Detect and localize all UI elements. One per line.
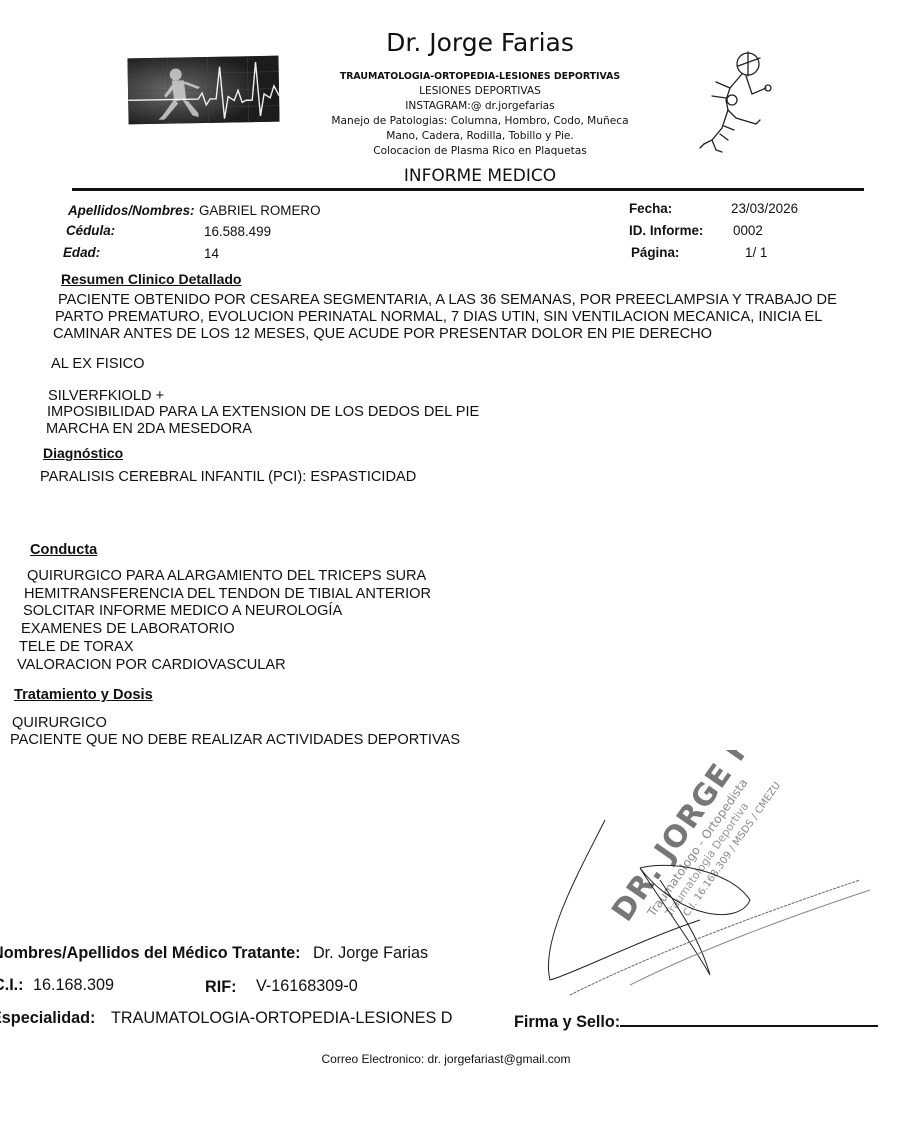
treatment-line-1: QUIRURGICO [12,715,107,733]
header-specialty-line: TRAUMATOLOGIA-ORTOPEDIA-LESIONES DEPORTI… [0,69,912,84]
summary-line-3: CAMINAR ANTES DE LOS 12 MESES, QUE ACUDE… [53,326,712,344]
report-page-value: 1/ 1 [745,245,767,260]
conduct-line-5: TELE DE TORAX [19,639,134,657]
patient-age-value: 14 [204,246,219,261]
document-title: INFORME MEDICO [0,166,912,186]
report-page-label: Página: [631,245,679,260]
header-subspecialty-line: LESIONES DEPORTIVAS [0,84,912,99]
doctor-name-heading: Dr. Jorge Farias [0,28,912,57]
report-date-label: Fecha: [629,201,672,216]
header-pathologies-line-1: Manejo de Patologias: Columna, Hombro, C… [0,114,912,129]
exam-line-1: SILVERFKIOLD + [48,388,164,406]
header-divider [72,188,864,191]
summary-line-2: PARTO PREMATURO, EVOLUCION PERINATAL NOR… [55,309,822,327]
physician-name-row: Nombres/Apellidos del Médico Tratante: D… [0,944,428,963]
header-prp-line: Colocacion de Plasma Rico en Plaquetas [0,144,912,159]
diagnosis-section-title: Diagnóstico [43,445,123,461]
patient-id-value: 16.588.499 [204,224,271,239]
header-instagram-line: INSTAGRAM:@ dr.jorgefarias [0,99,912,114]
physician-rif-label: RIF: [205,978,236,997]
patient-id-label: Cédula: [66,223,115,238]
treatment-line-2: PACIENTE QUE NO DEBE REALIZAR ACTIVIDADE… [10,732,460,750]
physician-ci-value: 16.168.309 [33,976,114,995]
physician-ci-label: C.I.: [0,976,24,995]
signature-line [620,1011,878,1027]
report-id-value: 0002 [733,223,763,238]
treatment-section-title: Tratamiento y Dosis [14,687,153,703]
header-pathologies-line-2: Mano, Cadera, Rodilla, Tobillo y Pie. [0,129,912,144]
conduct-line-2: HEMITRANSFERENCIA DEL TENDON DE TIBIAL A… [24,586,431,604]
conduct-line-6: VALORACION POR CARDIOVASCULAR [17,657,286,675]
physician-specialty-value: TRAUMATOLOGIA-ORTOPEDIA-LESIONES D [111,1009,453,1028]
physician-rif-value: V-16168309-0 [256,977,358,996]
signature-field: Firma y Sello: [514,1011,878,1032]
summary-line-1: PACIENTE OBTENIDO POR CESAREA SEGMENTARI… [58,292,837,310]
patient-age-label: Edad: [63,245,100,260]
report-id-label: ID. Informe: [629,223,703,238]
diagnosis-text: PARALISIS CEREBRAL INFANTIL (PCI): ESPAS… [40,469,416,487]
conduct-section-title: Conducta [30,542,97,558]
conduct-line-1: QUIRURGICO PARA ALARGAMIENTO DEL TRICEPS… [27,568,426,586]
patient-name-value: GABRIEL ROMERO [199,203,321,218]
conduct-line-3: SOLCITAR INFORME MEDICO A NEUROLOGÍA [23,603,342,621]
signature-label: Firma y Sello: [514,1013,620,1031]
exam-line-3: MARCHA EN 2DA MESEDORA [46,421,252,439]
conduct-line-4: EXAMENES DE LABORATORIO [21,621,235,639]
physician-name-value: Dr. Jorge Farias [313,944,428,962]
exam-intro: AL EX FISICO [51,356,145,374]
summary-section-title: Resumen Clinico Detallado [61,271,241,287]
report-date-value: 23/03/2026 [731,201,798,216]
exam-line-2: IMPOSIBILIDAD PARA LA EXTENSION DE LOS D… [47,404,479,422]
footer-email: Correo Electronico: dr. jorgefariast@gma… [0,1052,892,1066]
signature-stamp: DR. JORGE FARIAS Traumatologo - Ortopedi… [520,750,880,1010]
patient-name-label: Apellidos/Nombres: [68,203,195,218]
patient-name-row: Apellidos/Nombres: GABRIEL ROMERO [68,202,320,220]
physician-name-label: Nombres/Apellidos del Médico Tratante: [0,944,301,962]
physician-specialty-label: Especialidad: [0,1009,95,1028]
